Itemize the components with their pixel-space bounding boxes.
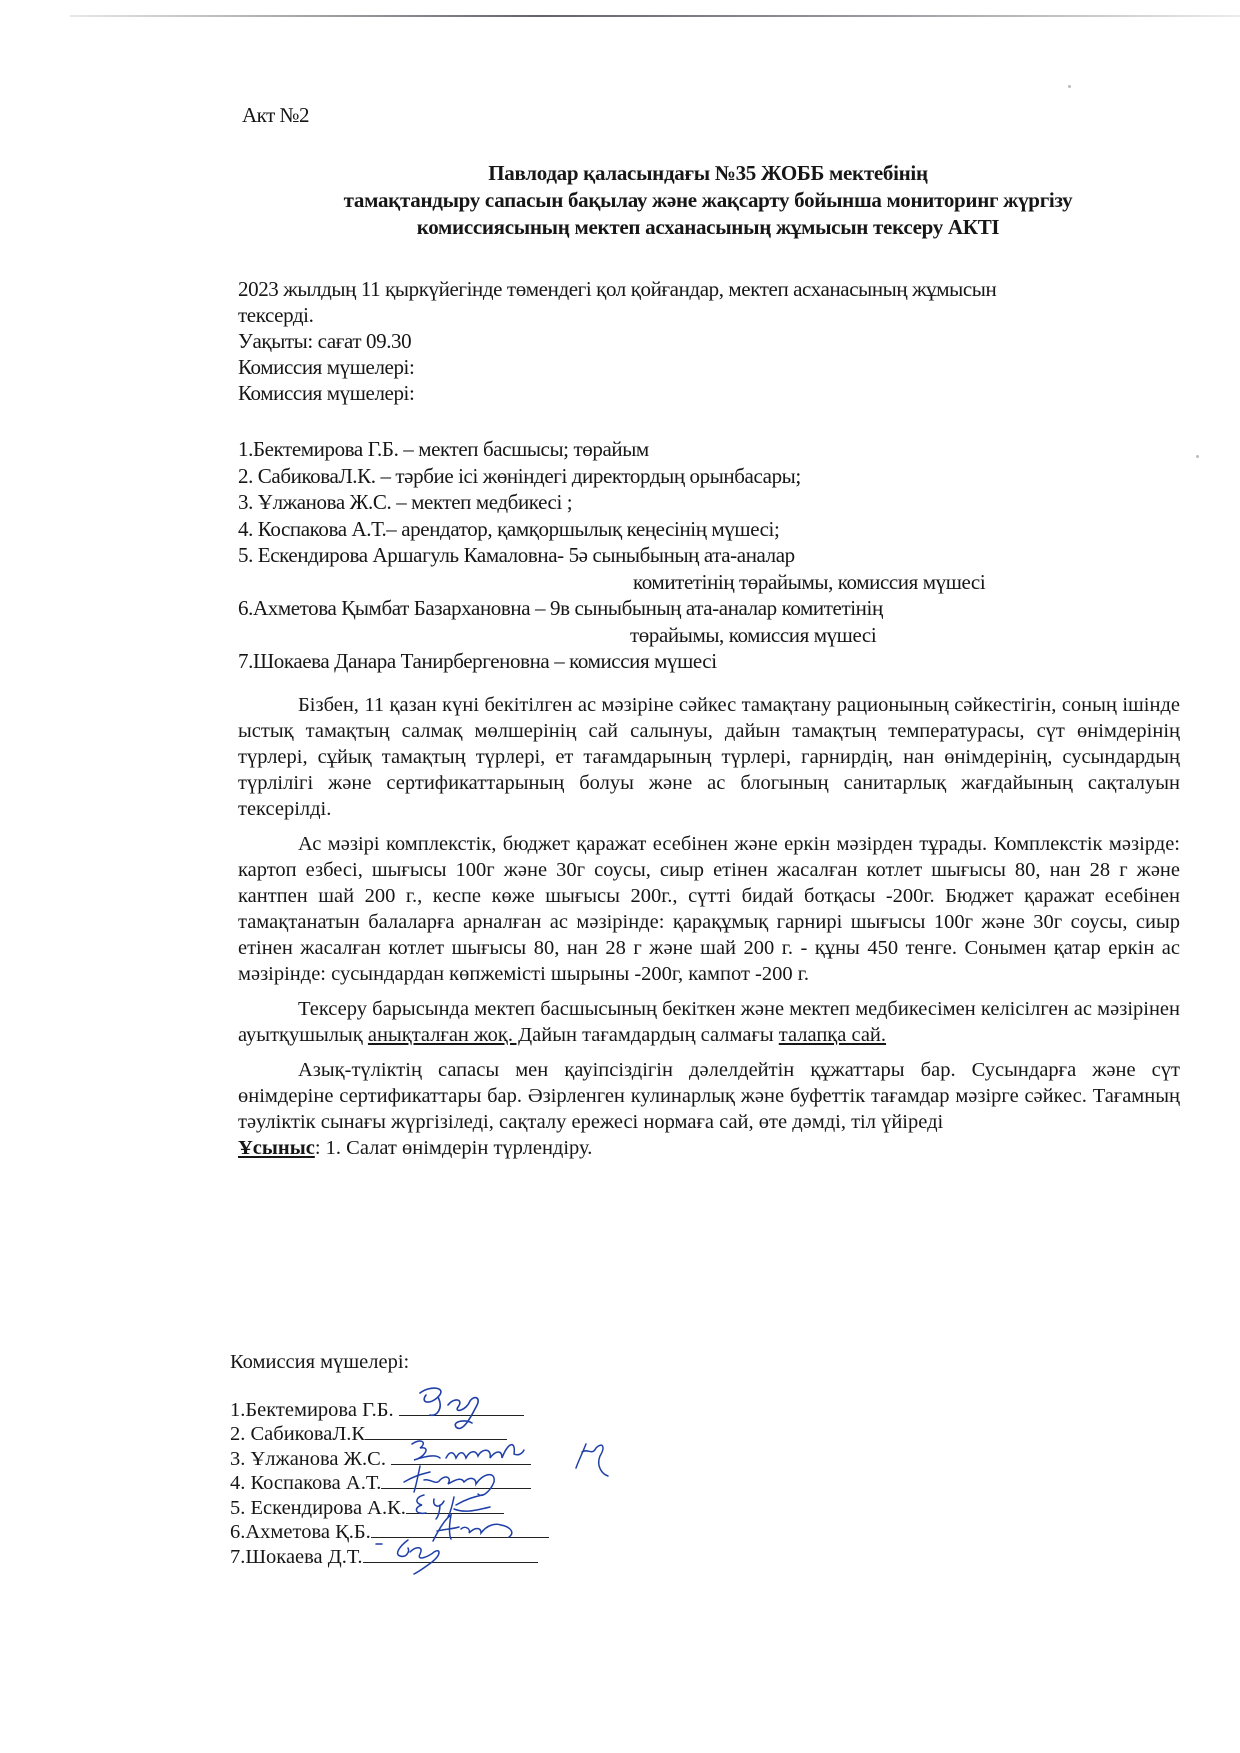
- signature-line: [406, 1495, 504, 1514]
- title-line: тамақтандыру сапасын бақылау және жақсар…: [238, 187, 1178, 214]
- result-text: айын тағамдардың салмағы: [532, 1024, 779, 1046]
- members-label: Комиссия мүшелері:: [238, 380, 1198, 406]
- proposal-label: Ұсыныс: [238, 1137, 315, 1159]
- act-number: Акт №2: [242, 103, 309, 128]
- paragraph-inspection-scope: Бізбен, 11 қазан күні бекітілген ас мәзі…: [238, 692, 1180, 822]
- signatory-name: 1.Бектемирова Г.Б.: [230, 1399, 399, 1421]
- signature-line: [365, 1421, 507, 1440]
- signature-row: 7.Шокаева Д.Т.: [230, 1544, 830, 1569]
- member-item: 6.Ахметова Қымбат Базархановна – 9в сыны…: [238, 595, 1198, 622]
- document-title: Павлодар қаласындағы №35 ЖОББ мектебінің…: [238, 160, 1178, 241]
- member-item-continuation: төрайымы, комиссия мүшесі: [238, 622, 1198, 649]
- result-underlined-text: талапқа сай.: [779, 1024, 886, 1046]
- signatory-name: 6.Ахметова Қ.Б.: [230, 1521, 371, 1543]
- member-item: 4. Коспакова А.Т.– арендатор, қамқоршылы…: [238, 516, 1198, 543]
- member-item: 3. Ұлжанова Ж.С. – мектеп медбикесі ;: [238, 489, 1198, 516]
- signature-line: [371, 1519, 549, 1538]
- paragraph-inspection-result: Тексеру барысында мектеп басшысының бекі…: [238, 996, 1180, 1048]
- signatory-name: 4. Коспакова А.Т.: [230, 1472, 381, 1494]
- scan-speck: [1068, 85, 1071, 88]
- members-label: Комиссия мүшелері:: [238, 354, 1198, 380]
- signature-row: 1.Бектемирова Г.Б.: [230, 1397, 830, 1422]
- date-line: 2023 жылдың 11 қыркүйегінде төмендегі қо…: [238, 276, 1198, 302]
- signatory-name: 3. Ұлжанова Ж.С.: [230, 1448, 391, 1470]
- result-underlined-text: анықталған жоқ. Д: [368, 1024, 532, 1046]
- intro-block: 2023 жылдың 11 қыркүйегінде төмендегі қо…: [238, 276, 1198, 406]
- signature-line: [399, 1397, 524, 1416]
- title-line: Павлодар қаласындағы №35 ЖОББ мектебінің: [238, 160, 1178, 187]
- signatory-name: 7.Шокаева Д.Т.: [230, 1546, 363, 1568]
- member-item-continuation: комитетінің төрайымы, комиссия мүшесі: [238, 569, 1198, 596]
- proposal: Ұсыныс: 1. Салат өнімдерін түрлендіру.: [238, 1135, 1180, 1161]
- signatures-block: Комиссия мүшелері: 1.Бектемирова Г.Б. 2.…: [230, 1350, 830, 1568]
- signature-row: 4. Коспакова А.Т.: [230, 1470, 830, 1495]
- signatory-name: 2. СабиковаЛ.К: [230, 1423, 365, 1445]
- signatory-name: 5. Ескендирова А.К.: [230, 1497, 406, 1519]
- paragraph-menu-description: Ас мәзірі комплекстік, бюджет қаражат ес…: [238, 831, 1180, 987]
- member-item: 7.Шокаева Данара Танирбергеновна – комис…: [238, 648, 1198, 675]
- commission-members-list: 1.Бектемирова Г.Б. – мектеп басшысы; төр…: [238, 436, 1198, 675]
- act-body: Бізбен, 11 қазан күні бекітілген ас мәзі…: [238, 692, 1180, 1170]
- signature-line: [363, 1544, 538, 1563]
- signature-line: [391, 1446, 531, 1465]
- inspection-time: Уақыты: сағат 09.30: [238, 328, 1198, 354]
- signature-row: 6.Ахметова Қ.Б.: [230, 1519, 830, 1544]
- member-item: 2. СабиковаЛ.К. – тәрбие ісі жөніндегі д…: [238, 463, 1198, 490]
- signature-row: 3. Ұлжанова Ж.С.: [230, 1446, 830, 1471]
- member-item: 1.Бектемирова Г.Б. – мектеп басшысы; төр…: [238, 436, 1198, 463]
- scan-edge: [70, 15, 1240, 17]
- signature-row: 2. СабиковаЛ.К: [230, 1421, 830, 1446]
- paragraph-documentation: Азық-түліктің сапасы мен қауіпсіздігін д…: [238, 1057, 1180, 1135]
- proposal-text: : 1. Салат өнімдерін түрлендіру.: [315, 1137, 593, 1159]
- title-line: комиссиясының мектеп асханасының жұмысын…: [238, 214, 1178, 241]
- signatures-heading: Комиссия мүшелері:: [230, 1350, 830, 1375]
- member-item: 5. Ескендирова Аршагуль Камаловна- 5ә сы…: [238, 542, 1198, 569]
- signature-row: 5. Ескендирова А.К.: [230, 1495, 830, 1520]
- signature-line: [381, 1470, 531, 1489]
- date-line-continuation: тексерді.: [238, 302, 1198, 328]
